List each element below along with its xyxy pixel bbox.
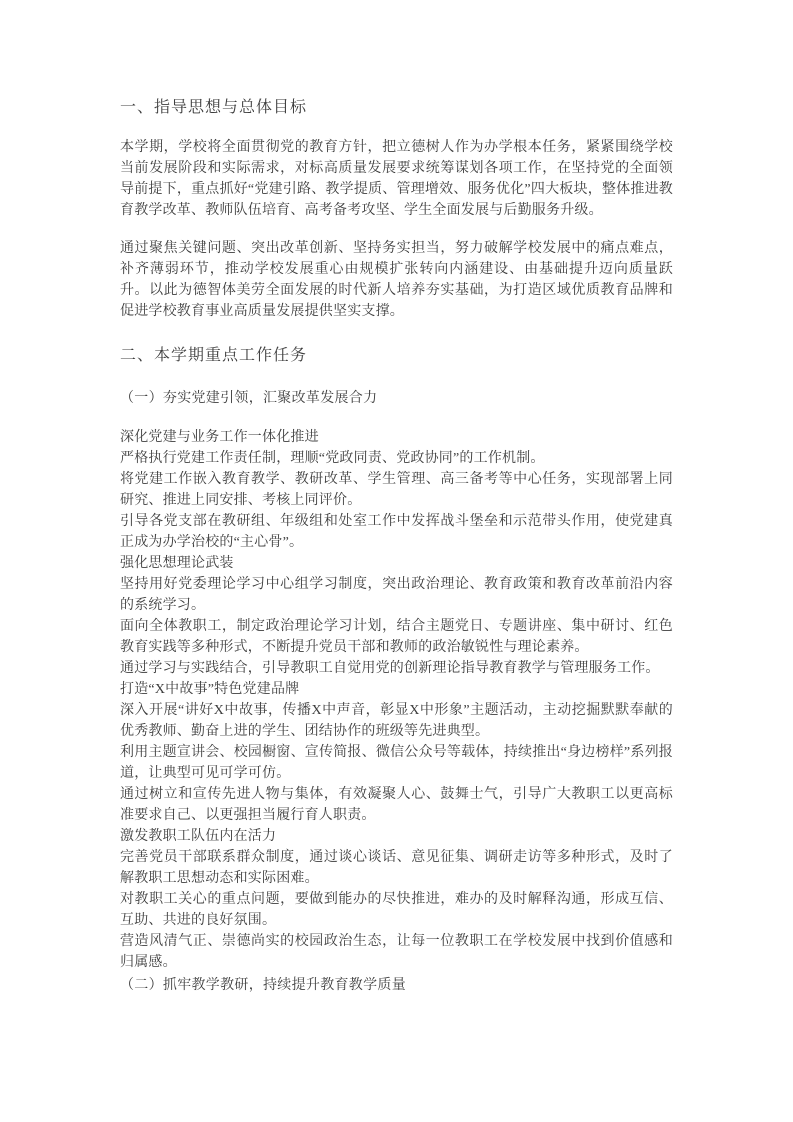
body-line: 将党建工作嵌入教育教学、教研改革、学生管理、高三备考等中心任务，实现部署上同研究… — [120, 469, 673, 511]
body-line: 深化党建与业务工作一体化推进 — [120, 427, 673, 448]
document-page: 一、指导思想与总体目标 本学期，学校将全面贯彻党的教育方针，把立德树人作为办学根… — [0, 0, 793, 1122]
body-line: 激发教职工队伍内在活力 — [120, 826, 673, 847]
body-line: 深入开展“讲好X中故事，传播X中声音，彰显X中形象”主题活动，主动挖掘默默奉献的… — [120, 700, 673, 742]
body-line: 打造“X中故事”特色党建品牌 — [120, 679, 673, 700]
body-line: 对教职工关心的重点问题，要做到能办的尽快推进，难办的及时解释沟通，形成互信、互助… — [120, 889, 673, 931]
subsection-1-body: 深化党建与业务工作一体化推进 严格执行党建工作责任制，理顺“党政同责、党政协同”… — [120, 427, 673, 973]
intro-paragraph-1: 本学期，学校将全面贯彻党的教育方针，把立德树人作为办学根本任务，紧紧围绕学校当前… — [120, 137, 673, 221]
body-line: 营造风清气正、崇德尚实的校园政治生态，让每一位教职工在学校发展中找到价值感和归属… — [120, 931, 673, 973]
body-line: 强化思想理论武装 — [120, 553, 673, 574]
subsection-1-heading: （一）夯实党建引领，汇聚改革发展合力 — [120, 388, 673, 409]
section-1-heading: 一、指导思想与总体目标 — [120, 97, 673, 119]
body-line: 完善党员干部联系群众制度，通过谈心谈话、意见征集、调研走访等多种形式，及时了解教… — [120, 847, 673, 889]
body-line: 引导各党支部在教研组、年级组和处室工作中发挥战斗堡垒和示范带头作用，使党建真正成… — [120, 511, 673, 553]
section-2-heading: 二、本学期重点工作任务 — [120, 345, 673, 367]
body-line: 利用主题宣讲会、校园橱窗、宣传简报、微信公众号等载体，持续推出“身边榜样”系列报… — [120, 742, 673, 784]
body-line: 坚持用好党委理论学习中心组学习制度，突出政治理论、教育政策和教育改革前沿内容的系… — [120, 574, 673, 616]
intro-paragraph-2: 通过聚焦关键问题、突出改革创新、坚持务实担当，努力破解学校发展中的痛点难点，补齐… — [120, 238, 673, 322]
body-line: 通过学习与实践结合，引导教职工自觉用党的创新理论指导教育教学与管理服务工作。 — [120, 658, 673, 679]
body-line: 面向全体教职工，制定政治理论学习计划，结合主题党日、专题讲座、集中研讨、红色教育… — [120, 616, 673, 658]
subsection-2-heading: （二）抓牢教学教研，持续提升教育教学质量 — [120, 975, 673, 996]
body-line: 通过树立和宣传先进人物与集体，有效凝聚人心、鼓舞士气，引导广大教职工以更高标准要… — [120, 784, 673, 826]
body-line: 严格执行党建工作责任制，理顺“党政同责、党政协同”的工作机制。 — [120, 448, 673, 469]
